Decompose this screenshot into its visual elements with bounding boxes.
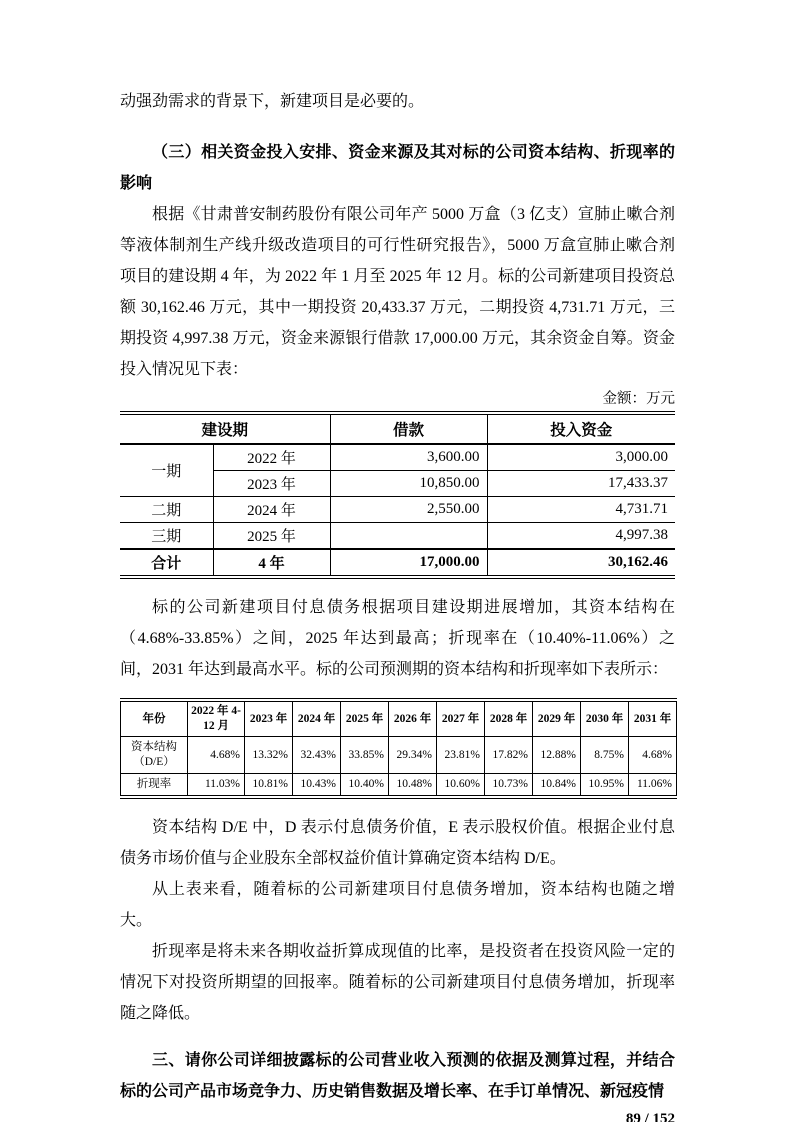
discount-rate-paragraph: 折现率是将未来各期收益折算成现值的比率，是投资者在投资风险一定的情况下对投资所期… xyxy=(120,936,675,1029)
observation-paragraph: 从上表来看，随着标的公司新建项目付息债务增加，资本结构也随之增大。 xyxy=(120,874,675,936)
total-loan-cell: 17,000.00 xyxy=(330,549,487,577)
invested-cell: 4,731.71 xyxy=(487,497,675,523)
loan-cell: 3,600.00 xyxy=(330,444,487,471)
row-label-cell: 资本结构（D/E） xyxy=(121,737,188,774)
year-cell: 2024 年 xyxy=(213,497,330,523)
table-row: 二期 2024 年 2,550.00 4,731.71 xyxy=(120,497,675,523)
invested-cell: 4,997.38 xyxy=(487,523,675,550)
value-cell: 10.73% xyxy=(485,774,533,798)
year-cell: 2022 年 xyxy=(213,444,330,471)
capital-structure-paragraph: 标的公司新建项目付息债务根据项目建设期进展增加，其资本结构在（4.68%-33.… xyxy=(120,592,675,685)
header-2022: 2022 年 4-12 月 xyxy=(188,700,245,737)
intro-paragraph: 根据《甘肃普安制药股份有限公司年产 5000 万盒（3 亿支）宣肺止嗽合剂等液体… xyxy=(120,199,675,385)
header-2024: 2024 年 xyxy=(293,700,341,737)
header-2030: 2030 年 xyxy=(581,700,629,737)
invested-cell: 17,433.37 xyxy=(487,471,675,497)
section-heading: （三）相关资金投入安排、资金来源及其对标的公司资本结构、折现率的影响 xyxy=(120,137,675,199)
question-heading: 三、请你公司详细披露标的公司营业收入预测的依据及测算过程，并结合标的公司产品市场… xyxy=(120,1045,675,1107)
value-cell: 32.43% xyxy=(293,737,341,774)
page-number: 89 / 152 xyxy=(120,1108,675,1122)
header-invested-funds: 投入资金 xyxy=(487,413,675,444)
value-cell: 10.81% xyxy=(245,774,293,798)
capital-structure-table: 年份 2022 年 4-12 月 2023 年 2024 年 2025 年 20… xyxy=(120,698,677,799)
value-cell: 10.43% xyxy=(293,774,341,798)
table-row: 一期 2022 年 3,600.00 3,000.00 xyxy=(120,444,675,471)
value-cell: 33.85% xyxy=(341,737,389,774)
value-cell: 10.40% xyxy=(341,774,389,798)
value-cell: 10.95% xyxy=(581,774,629,798)
table-unit-label: 金额：万元 xyxy=(120,387,675,411)
document-page: 动强劲需求的背景下，新建项目是必要的。 （三）相关资金投入安排、资金来源及其对标… xyxy=(0,0,793,1122)
header-year: 年份 xyxy=(121,700,188,737)
value-cell: 10.84% xyxy=(533,774,581,798)
value-cell: 10.48% xyxy=(389,774,437,798)
value-cell: 11.06% xyxy=(629,774,677,798)
value-cell: 4.68% xyxy=(188,737,245,774)
value-cell: 10.60% xyxy=(437,774,485,798)
phase-cell: 一期 xyxy=(120,444,213,497)
total-invested-cell: 30,162.46 xyxy=(487,549,675,577)
continuation-text: 动强劲需求的背景下，新建项目是必要的。 xyxy=(120,86,675,117)
value-cell: 12.88% xyxy=(533,737,581,774)
discount-rate-row: 折现率 11.03% 10.81% 10.43% 10.40% 10.48% 1… xyxy=(121,774,677,798)
phase-cell: 二期 xyxy=(120,497,213,523)
table-row: 三期 2025 年 4,997.38 xyxy=(120,523,675,550)
year-cell: 2023 年 xyxy=(213,471,330,497)
value-cell: 17.82% xyxy=(485,737,533,774)
value-cell: 4.68% xyxy=(629,737,677,774)
phase-cell: 三期 xyxy=(120,523,213,550)
header-2028: 2028 年 xyxy=(485,700,533,737)
value-cell: 13.32% xyxy=(245,737,293,774)
loan-cell xyxy=(330,523,487,550)
table-total-row: 合计 4 年 17,000.00 30,162.46 xyxy=(120,549,675,577)
value-cell: 23.81% xyxy=(437,737,485,774)
de-explanation-paragraph: 资本结构 D/E 中，D 表示付息债务价值，E 表示股权价值。根据企业付息债务市… xyxy=(120,812,675,874)
header-2026: 2026 年 xyxy=(389,700,437,737)
header-2029: 2029 年 xyxy=(533,700,581,737)
total-year-cell: 4 年 xyxy=(213,549,330,577)
header-construction-period: 建设期 xyxy=(120,413,330,444)
table-header-row: 年份 2022 年 4-12 月 2023 年 2024 年 2025 年 20… xyxy=(121,700,677,737)
loan-cell: 2,550.00 xyxy=(330,497,487,523)
funding-schedule-table: 建设期 借款 投入资金 一期 2022 年 3,600.00 3,000.00 … xyxy=(120,411,675,579)
header-2027: 2027 年 xyxy=(437,700,485,737)
table-header-row: 建设期 借款 投入资金 xyxy=(120,413,675,444)
value-cell: 29.34% xyxy=(389,737,437,774)
capital-structure-row: 资本结构（D/E） 4.68% 13.32% 32.43% 33.85% 29.… xyxy=(121,737,677,774)
invested-cell: 3,000.00 xyxy=(487,444,675,471)
header-2031: 2031 年 xyxy=(629,700,677,737)
value-cell: 11.03% xyxy=(188,774,245,798)
value-cell: 8.75% xyxy=(581,737,629,774)
total-label-cell: 合计 xyxy=(120,549,213,577)
loan-cell: 10,850.00 xyxy=(330,471,487,497)
header-loan: 借款 xyxy=(330,413,487,444)
header-2023: 2023 年 xyxy=(245,700,293,737)
year-cell: 2025 年 xyxy=(213,523,330,550)
header-2025: 2025 年 xyxy=(341,700,389,737)
row-label-cell: 折现率 xyxy=(121,774,188,798)
